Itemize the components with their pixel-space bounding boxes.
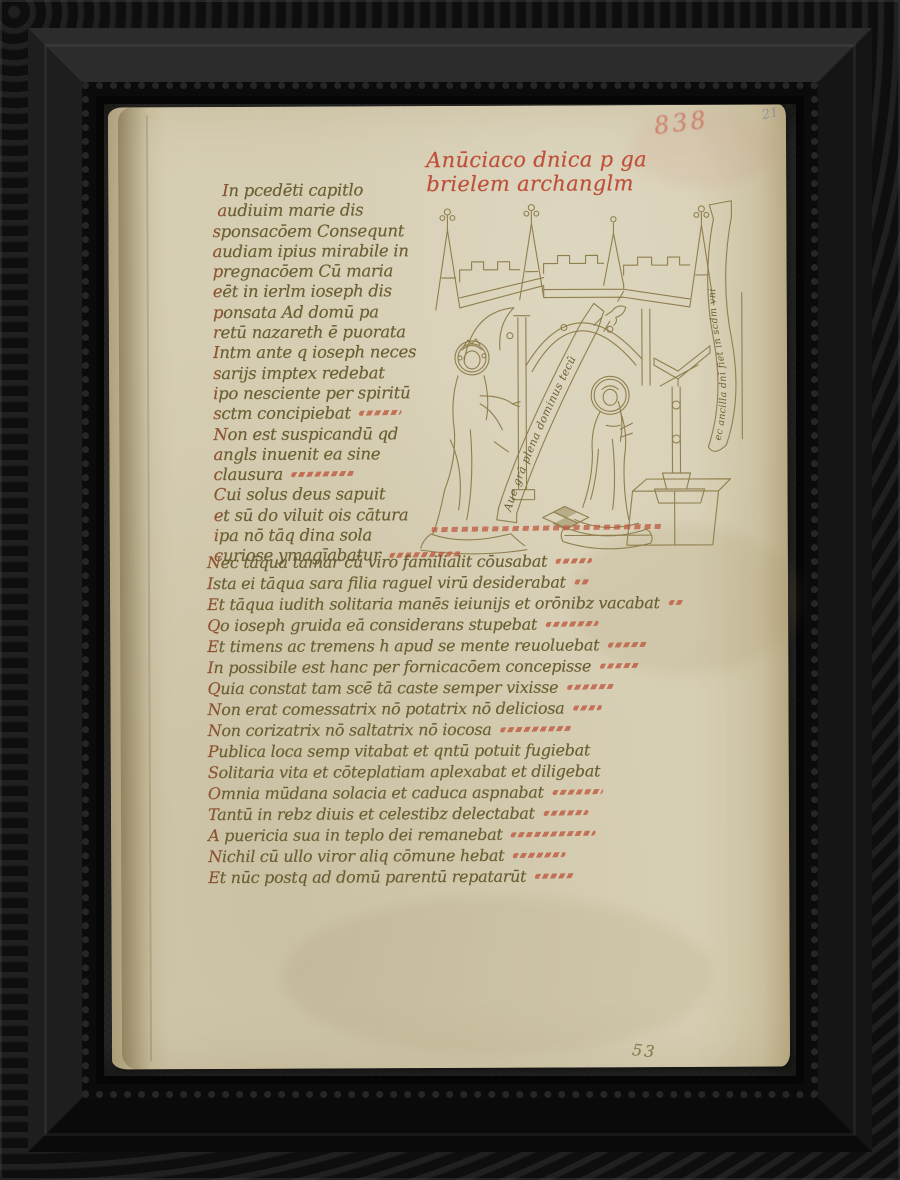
manuscript-line: In possibile est hanc per fornicacōem co… — [207, 655, 767, 678]
manuscript-line: ipa nō tāq dina sola — [214, 525, 464, 546]
bottom-quire-mark: 53 — [631, 1040, 657, 1061]
manuscript-line: Non erat comessatrix nō potatrix nō deli… — [207, 697, 767, 720]
manuscript-line: Tantū in rebz diuis et celestibz delecta… — [208, 802, 768, 825]
manuscript-line: et sū do viluit ois cātura — [214, 505, 464, 526]
manuscript-line: pregnacōem Cū maria — [213, 261, 463, 282]
manuscript-line: Cui solus deus sapuit — [214, 484, 464, 505]
manuscript-line: angls inuenit ea sine — [213, 444, 463, 465]
rubric-line-1: Anūciaco dnica p ga — [426, 147, 647, 172]
text-column: In pcedēti capitlo audiuim marie dis spo… — [212, 180, 464, 567]
red-line-filler — [510, 831, 596, 838]
mary-banderole-text: ec ancilla dnī fiet in scdm vni — [707, 288, 729, 442]
manuscript-line: ipo nesciente per spiritū — [213, 383, 463, 404]
red-line-filler — [543, 810, 589, 816]
annunciation-drawing: Aue grā plena dominus tecū — [413, 189, 750, 562]
gothic-canopy — [435, 204, 742, 500]
manuscript-line: sarijs imptex redebat — [213, 363, 463, 384]
manuscript-line: A puericia sua in teplo dei remanebat — [208, 823, 768, 846]
red-line-filler — [359, 410, 403, 416]
manuscript-line: Nec tāqua tamar cū viro familialit cōusa… — [207, 550, 767, 573]
red-line-filler — [668, 600, 684, 605]
manuscript-line: Quia constat tam scē tā caste semper vix… — [207, 676, 767, 699]
folio-number-pencil: 21 — [761, 105, 780, 123]
parchment-stain — [281, 895, 712, 1057]
red-line-filler — [573, 705, 603, 711]
red-line-filler — [291, 471, 355, 477]
manuscript-line: retū nazareth ē puorata — [213, 322, 463, 343]
manuscript-line: Non corizatrix nō saltatrix nō iocosa — [208, 718, 768, 741]
manuscript-line: sponsacōem Consequnt — [212, 221, 462, 242]
manuscript-line: Non est suspicandū qd — [213, 423, 463, 444]
manuscript-line: eēt in ierlm ioseph dis — [213, 281, 463, 302]
red-line-filler — [552, 789, 604, 795]
red-line-filler — [545, 621, 599, 627]
text-block-full-width: Nec tāqua tamar cū viro familialit cōusa… — [207, 550, 768, 888]
gabriel-scroll-text: Aue grā plena dominus tecū — [500, 354, 579, 514]
red-line-filler — [574, 579, 590, 584]
red-line-filler — [534, 873, 576, 879]
manuscript-line: Solitaria vita et cōteplatiam aplexabat … — [208, 760, 768, 783]
manuscript-line: Publica loca semp vitabat et qntū potuit… — [208, 739, 768, 762]
red-line-filler — [500, 726, 572, 733]
manuscript-line: Et tāqua iudith solitaria manēs ieiunijs… — [207, 592, 767, 615]
manuscript-line: Et nūc postq ad domū parentū repatarūt — [208, 865, 768, 888]
red-line-filler — [607, 642, 649, 648]
manuscript-line: In pcedēti capitlo — [212, 180, 462, 201]
manuscript-line: Omnia mūdana solacia et caduca aspnabat — [208, 781, 768, 804]
red-line-filler — [566, 684, 614, 690]
manuscript-line: Et timens ac tremens h apud se mente reu… — [207, 634, 767, 657]
framed-manuscript-photo: 838 21 53 Anūciaco dnica p ga brielem ar… — [0, 0, 900, 1180]
manuscript-line: Ista ei tāqua sara filia raguel virū des… — [207, 571, 767, 594]
manuscript-line: Qo ioseph gruida eā considerans stupebat — [207, 613, 767, 636]
manuscript-line: ponsata Ad domū pa — [213, 302, 463, 323]
manuscript-line: sctm concipiebat — [213, 403, 463, 424]
manuscript-line: Intm ante q ioseph neces — [213, 342, 463, 363]
manuscript-line: audiam ipius mirabile in — [212, 241, 462, 262]
manuscript-line: Nichil cū ullo viror aliq cōmune hebat — [208, 844, 768, 867]
manuscript-line: audiuim marie dis — [212, 200, 462, 221]
manuscript-page: 838 21 53 Anūciaco dnica p ga brielem ar… — [108, 105, 790, 1070]
manuscript-line: clausura — [213, 464, 463, 485]
red-line-filler — [555, 558, 593, 564]
red-line-filler — [599, 663, 641, 669]
red-line-filler — [512, 852, 566, 858]
stone-plinth — [565, 479, 731, 546]
